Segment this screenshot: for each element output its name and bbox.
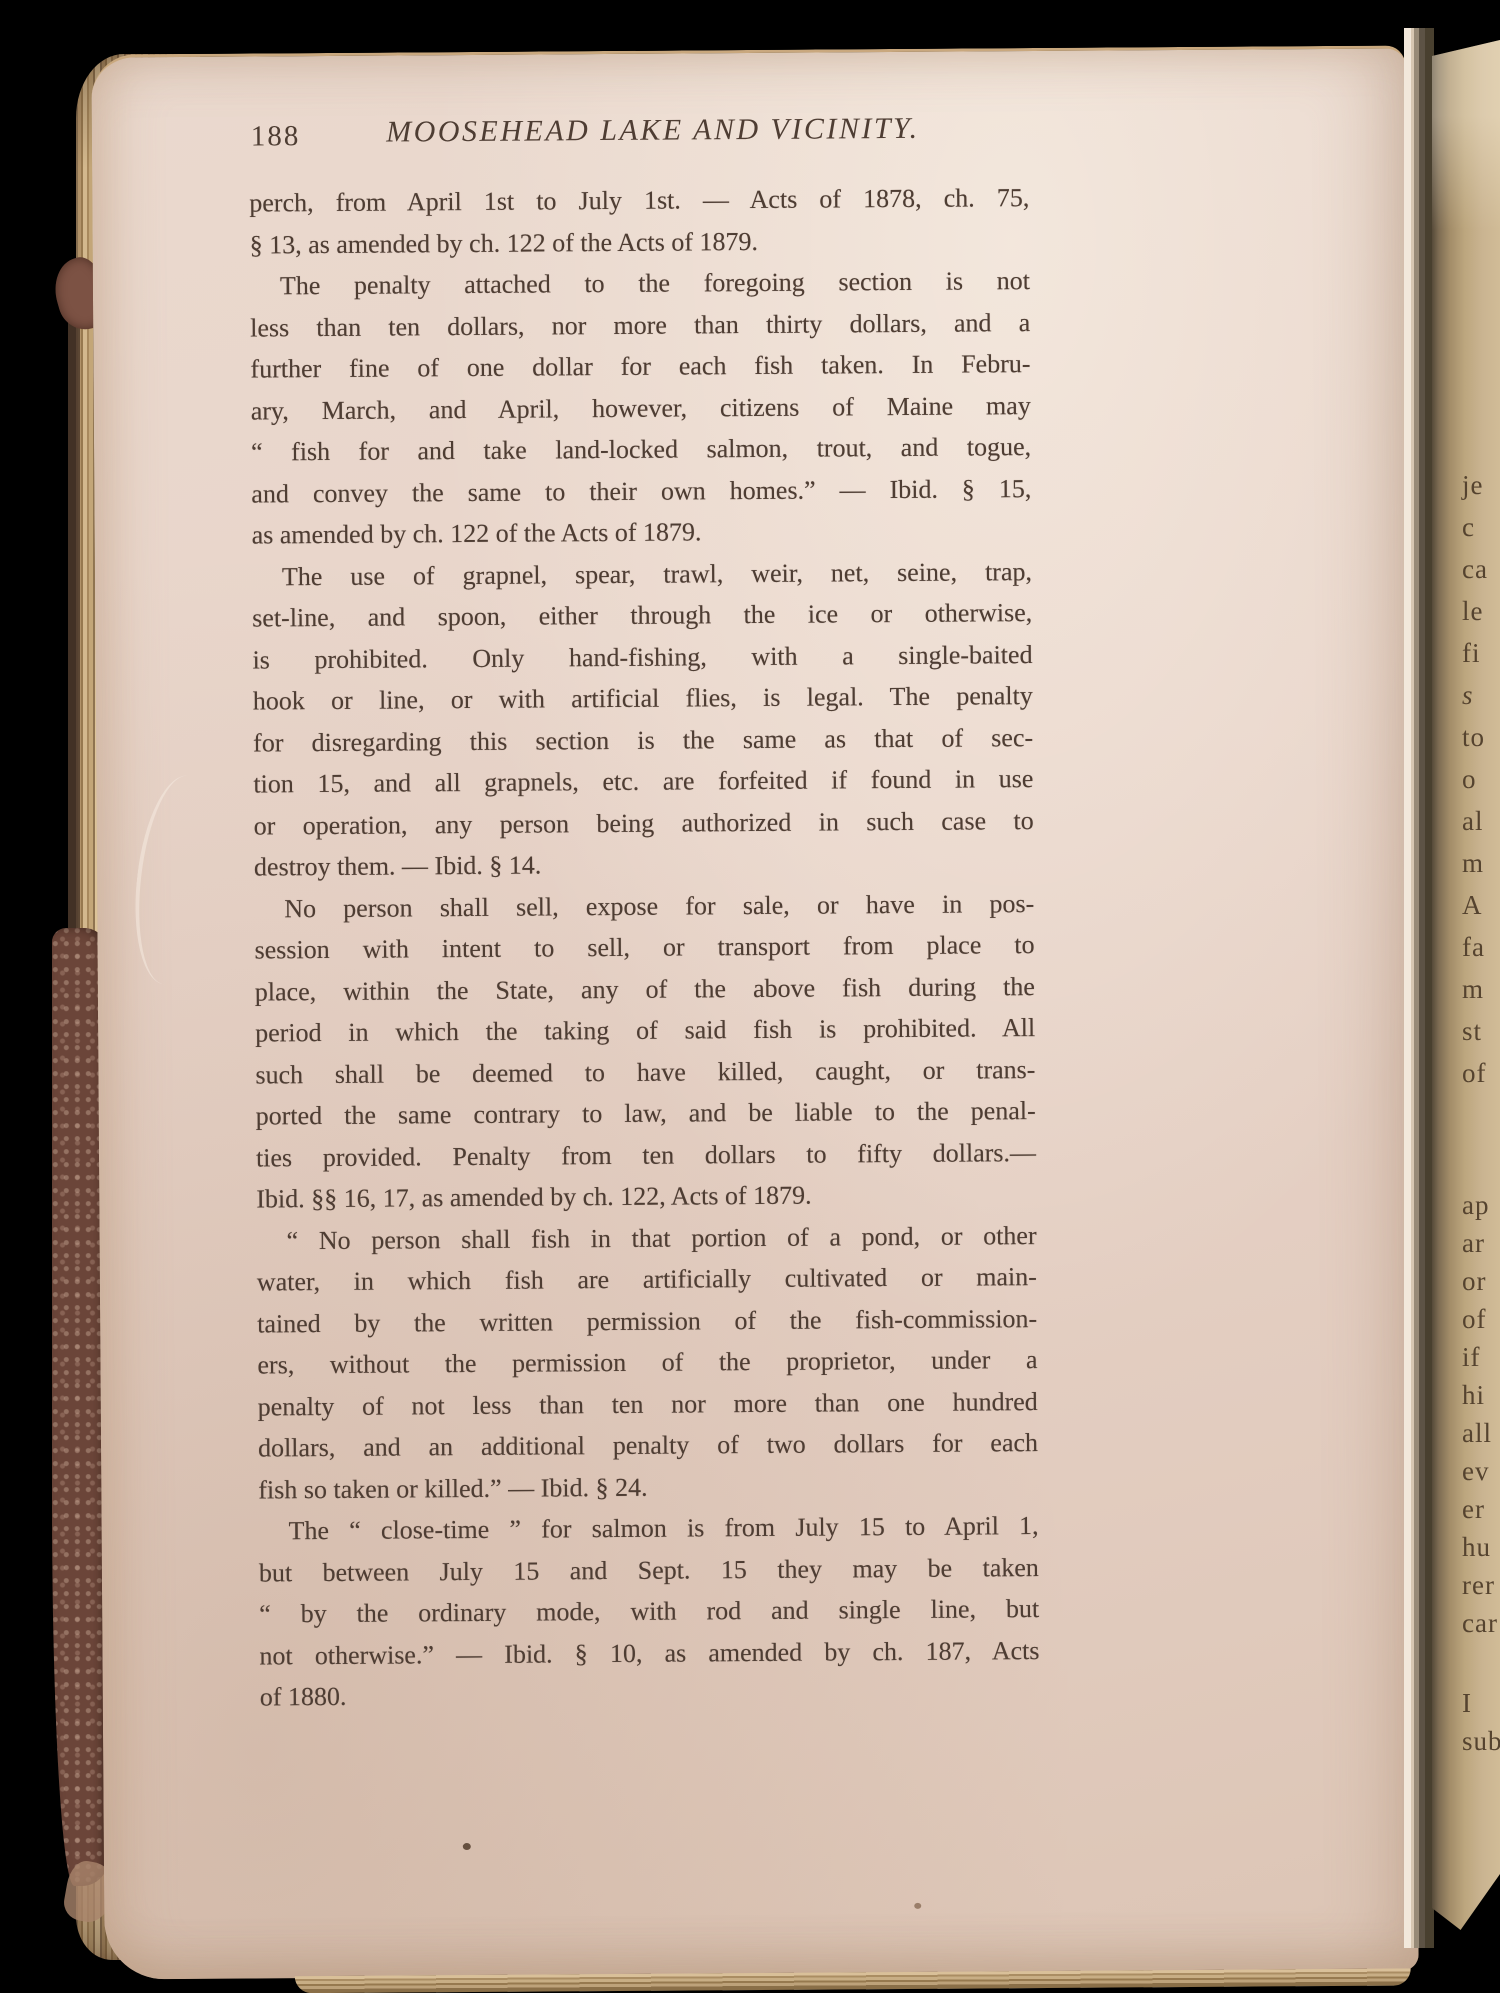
text-line: penalty of not less than ten nor more th…	[258, 1381, 1038, 1428]
text-fragment: if	[1462, 1342, 1481, 1373]
body-text: perch, from April 1st to July 1st. — Act…	[249, 177, 1040, 1718]
text-fragment: fi	[1462, 638, 1481, 669]
text-line: as amended by ch. 122 of the Acts of 187…	[252, 509, 1032, 556]
text-line: perch, from April 1st to July 1st. — Act…	[249, 177, 1029, 224]
text-line: The penalty attached to the foregoing se…	[250, 260, 1030, 307]
page-crease	[125, 771, 227, 989]
text-fragment: c	[1462, 512, 1475, 543]
text-line: “ fish for and take land-locked salmon, …	[251, 426, 1031, 473]
text-line: tained by the written permission of the …	[257, 1298, 1037, 1345]
text-line: further fine of one dollar for each fish…	[250, 343, 1030, 390]
text-fragment: I	[1462, 1688, 1472, 1719]
facing-page-fragments: jeccalefistooalmAfamstofaparorofifhialle…	[1462, 0, 1500, 1993]
text-fragment: m	[1462, 974, 1484, 1005]
text-line: destroy them. — Ibid. § 14.	[254, 841, 1034, 888]
text-fragment: rer	[1462, 1570, 1495, 1601]
text-line: No person shall sell, expose for sale, o…	[254, 883, 1034, 930]
text-line: Ibid. §§ 16, 17, as amended by ch. 122, …	[256, 1173, 1036, 1220]
text-line: of 1880.	[260, 1671, 1040, 1718]
text-fragment: al	[1462, 806, 1484, 837]
bottom-page-edges	[295, 1968, 1411, 1993]
text-fragment: o	[1462, 764, 1477, 795]
text-line: for disregarding this section is the sam…	[253, 717, 1033, 764]
text-line: session with intent to sell, or transpor…	[254, 924, 1034, 971]
running-title: MOOSEHEAD LAKE AND VICINITY.	[319, 111, 987, 150]
text-fragment: hu	[1462, 1532, 1491, 1563]
text-line: less than ten dollars, nor more than thi…	[250, 302, 1030, 349]
text-fragment: ap	[1462, 1190, 1489, 1221]
text-fragment: hi	[1462, 1380, 1485, 1411]
text-line: hook or line, or with artificial flies, …	[253, 675, 1033, 722]
text-fragment: A	[1462, 890, 1483, 921]
page-number: 188	[251, 120, 301, 153]
text-line: ers, without the permission of the propr…	[257, 1339, 1037, 1386]
text-line: ties provided. Penalty from ten dollars …	[256, 1132, 1036, 1179]
text-fragment: or	[1462, 1266, 1487, 1297]
text-fragment: fa	[1462, 932, 1485, 963]
text-fragment: to	[1462, 722, 1485, 753]
text-line: ary, March, and April, however, citizens…	[251, 385, 1031, 432]
text-line: period in which the taking of said fish …	[255, 1007, 1035, 1054]
text-fragment: ev	[1462, 1456, 1489, 1487]
text-fragment: sub	[1462, 1726, 1500, 1757]
text-line: § 13, as amended by ch. 122 of the Acts …	[249, 219, 1029, 266]
text-fragment: st	[1462, 1016, 1482, 1047]
text-fragment: je	[1462, 470, 1484, 501]
text-line: is prohibited. Only hand-fishing, with a…	[252, 634, 1032, 681]
cover-edge-line	[68, 300, 80, 950]
ink-speck	[463, 1843, 471, 1850]
text-line: but between July 15 and Sept. 15 they ma…	[259, 1547, 1039, 1594]
text-line: fish so taken or killed.” — Ibid. § 24.	[258, 1464, 1038, 1511]
text-line: The “ close-time ” for salmon is from Ju…	[258, 1505, 1038, 1552]
text-fragment: of	[1462, 1058, 1487, 1089]
main-page: 188 MOOSEHEAD LAKE AND VICINITY. perch, …	[91, 45, 1418, 1979]
book-gutter	[1404, 28, 1434, 1948]
text-line: tion 15, and all grapnels, etc. are forf…	[253, 758, 1033, 805]
text-line: place, within the State, any of the abov…	[255, 966, 1035, 1013]
text-line: set-line, and spoon, either through the …	[252, 592, 1032, 639]
text-line: “ by the ordinary mode, with rod and sin…	[259, 1588, 1039, 1635]
text-fragment: s	[1462, 680, 1474, 711]
text-fragment: le	[1462, 596, 1484, 627]
text-line: ported the same contrary to law, and be …	[256, 1090, 1036, 1137]
text-fragment: ar	[1462, 1228, 1485, 1259]
text-fragment: ca	[1462, 554, 1488, 585]
text-line: dollars, and an additional penalty of tw…	[258, 1422, 1038, 1469]
text-line: and convey the same to their own homes.”…	[251, 468, 1031, 515]
text-fragment: all	[1462, 1418, 1492, 1449]
text-fragment: m	[1462, 848, 1484, 879]
text-line: “ No person shall fish in that portion o…	[256, 1215, 1036, 1262]
text-line: such shall be deemed to have killed, cau…	[255, 1049, 1035, 1096]
ink-speck	[914, 1903, 921, 1909]
text-line: water, in which fish are artificially cu…	[257, 1256, 1037, 1303]
text-line: or operation, any person being authorize…	[254, 800, 1034, 847]
text-fragment: er	[1462, 1494, 1485, 1525]
text-fragment: of	[1462, 1304, 1487, 1335]
page-header: 188 MOOSEHEAD LAKE AND VICINITY.	[249, 111, 1027, 162]
text-fragment: car	[1462, 1608, 1498, 1639]
text-line: not otherwise.” — Ibid. § 10, as amended…	[259, 1630, 1039, 1677]
book-photo: 188 MOOSEHEAD LAKE AND VICINITY. perch, …	[0, 0, 1500, 1993]
text-line: The use of grapnel, spear, trawl, weir, …	[252, 551, 1032, 598]
